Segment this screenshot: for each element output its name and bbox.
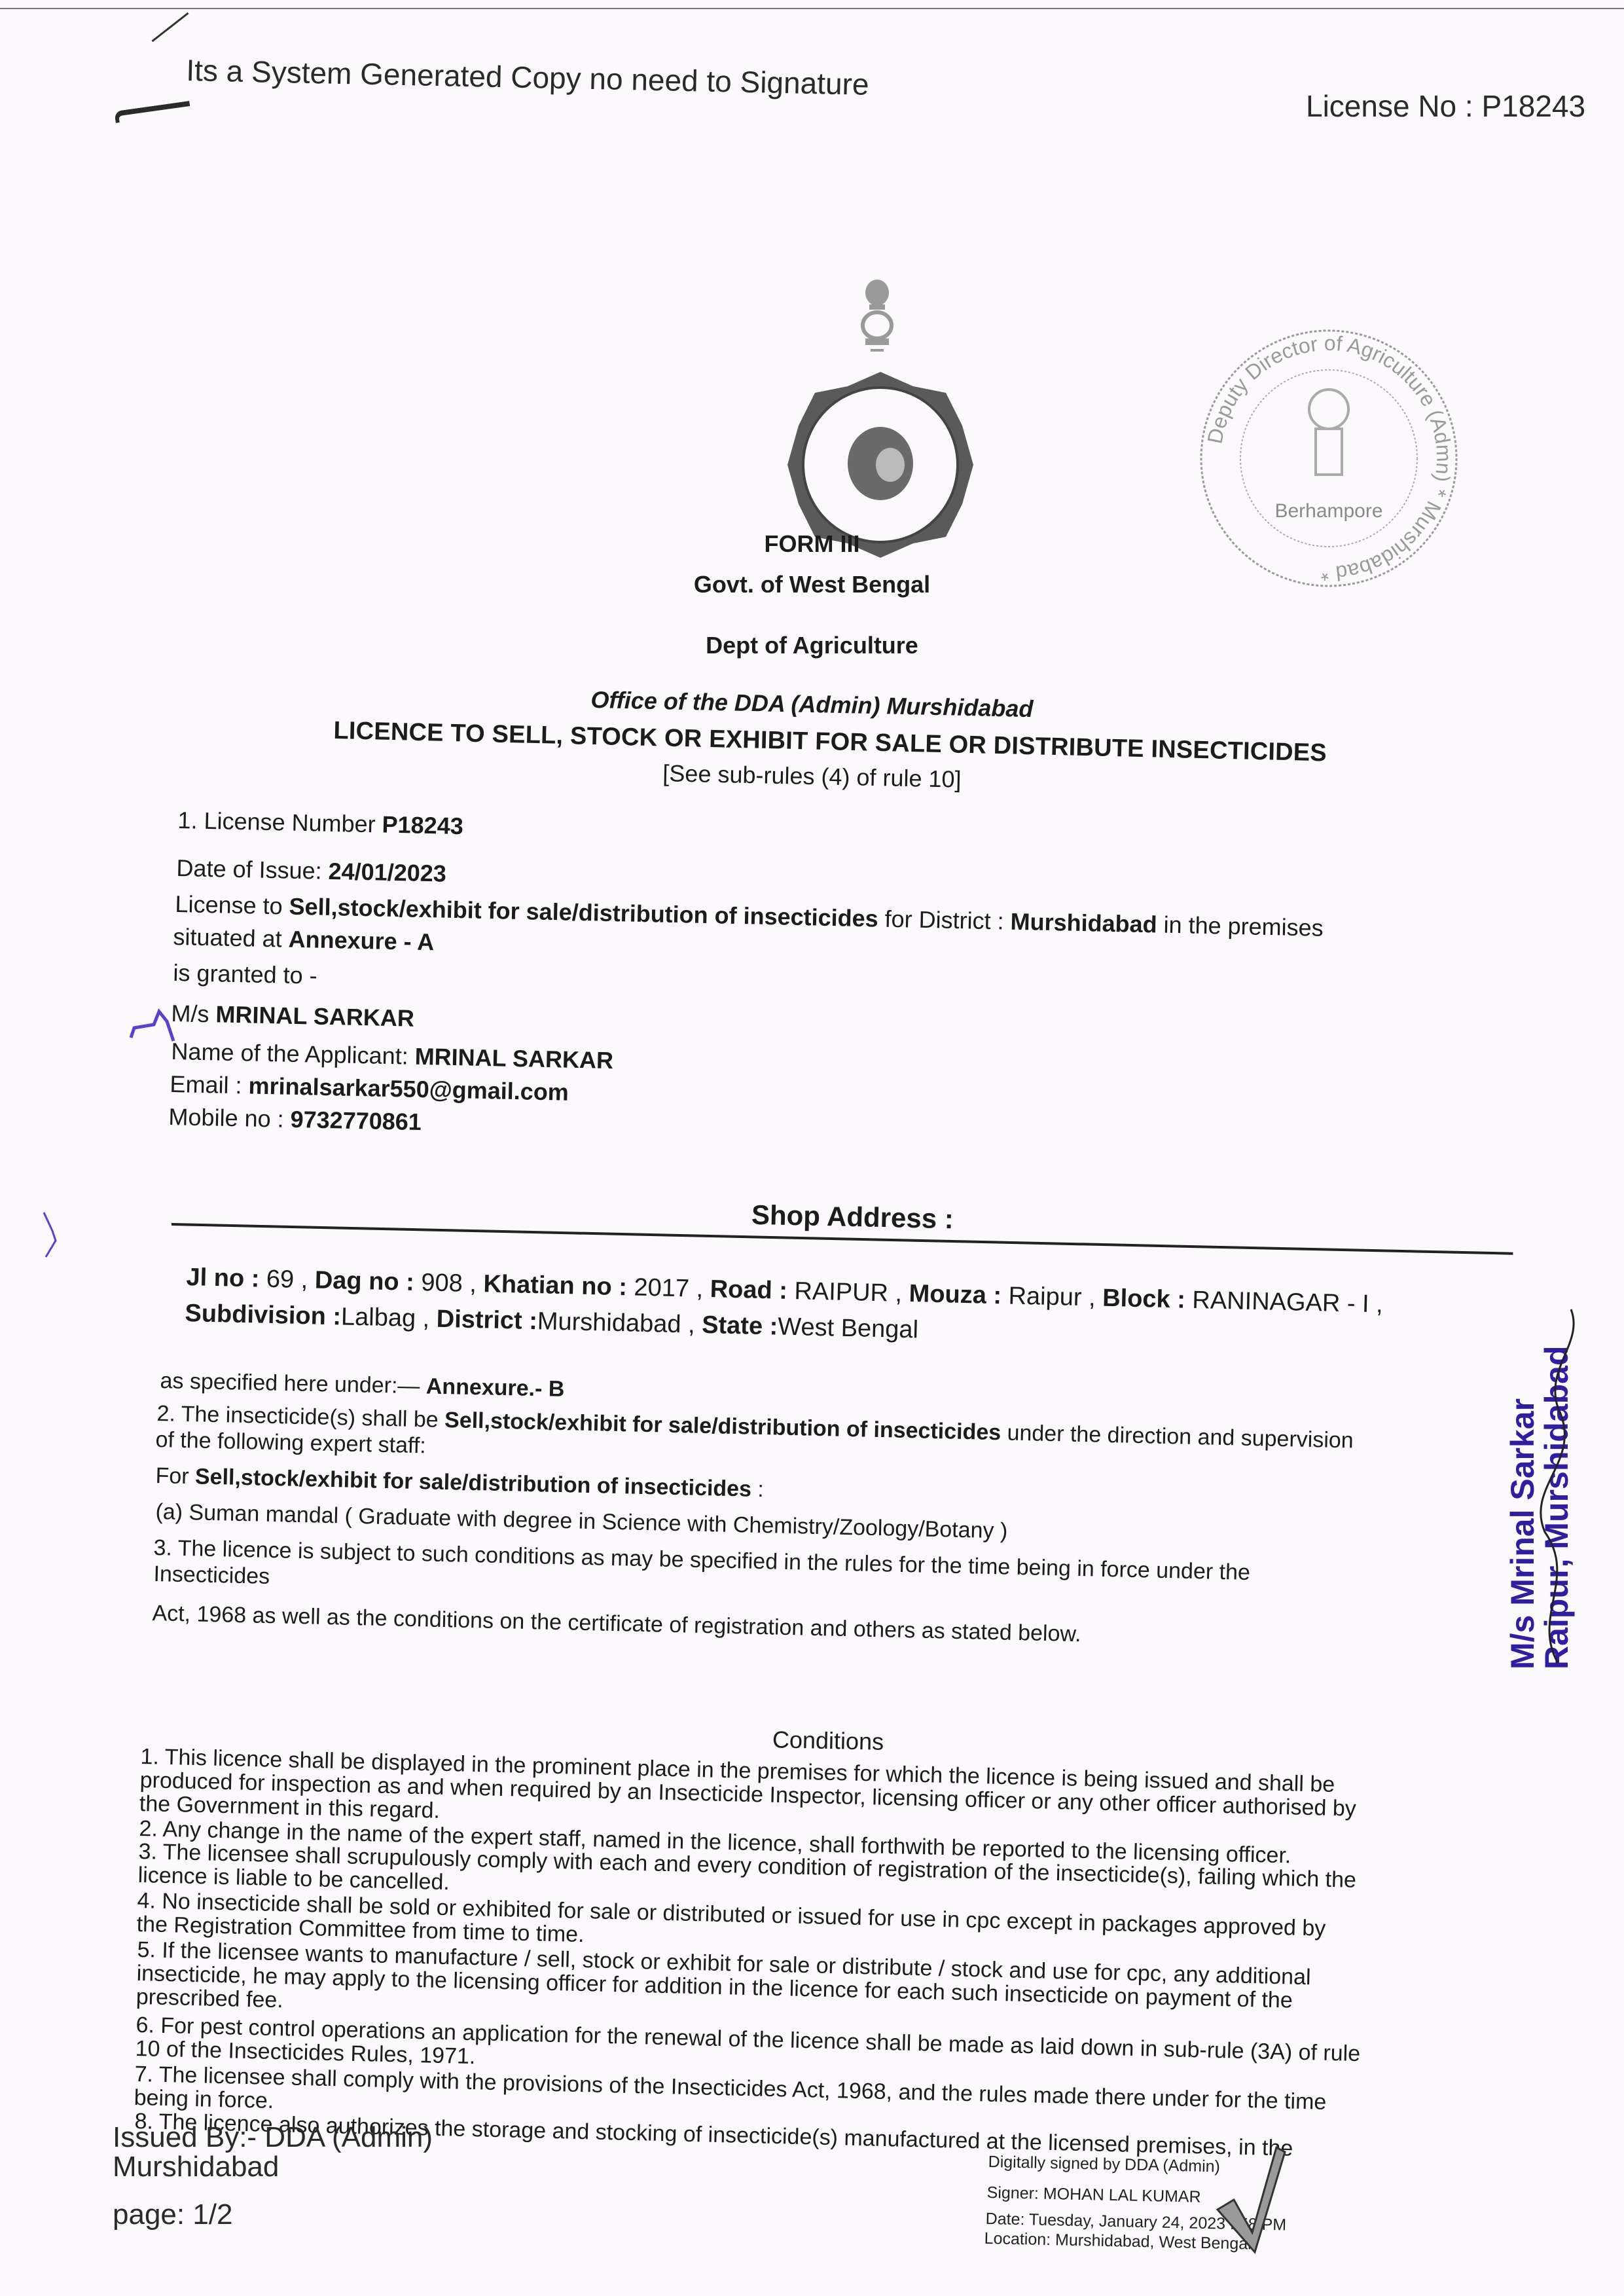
mobile-value: 9732770861 bbox=[290, 1106, 422, 1135]
annexure-b-line: as specified here under:— Annexure.- B bbox=[160, 1368, 565, 1402]
stamp-center-text: Berhampore bbox=[1274, 500, 1382, 522]
paragraph-3-cont: Insecticides bbox=[153, 1561, 270, 1590]
shop-address-line-2: Subdivision :Lalbag , District :Murshida… bbox=[185, 1300, 918, 1345]
issue-date-line: Date of Issue: 24/01/2023 bbox=[176, 854, 446, 887]
applicant-name: MRINAL SARKAR bbox=[414, 1043, 613, 1074]
form-number: FORM III bbox=[0, 530, 1624, 558]
expert-staff-item: (a) Suman mandal ( Graduate with degree … bbox=[155, 1499, 1008, 1544]
handwritten-signature bbox=[1519, 1303, 1591, 1669]
digital-signature-line: Digitally signed by DDA (Admin) bbox=[988, 2153, 1220, 2176]
conditions-heading: Conditions bbox=[772, 1726, 884, 1756]
mobile-line: Mobile no : 9732770861 bbox=[168, 1103, 422, 1135]
issued-by: Issued By:- DDA (Admin) bbox=[113, 2121, 433, 2154]
ink-tick-mark bbox=[128, 1008, 187, 1048]
email-value: mrinalsarkar550@gmail.com bbox=[248, 1072, 569, 1106]
digital-signature-signer: Signer: MOHAN LAL KUMAR bbox=[986, 2183, 1200, 2207]
paragraph-3-end: Act, 1968 as well as the conditions on t… bbox=[152, 1601, 1081, 1647]
issued-place: Murshidabad bbox=[113, 2151, 279, 2183]
state-emblem-icon bbox=[851, 278, 903, 363]
license-number-header: License No : P18243 bbox=[1306, 88, 1585, 124]
expert-staff-heading: For Sell,stock/exhibit for sale/distribu… bbox=[155, 1463, 764, 1503]
office-name: Office of the DDA (Admin) Murshidabad bbox=[0, 674, 1624, 735]
validity-check-icon bbox=[1214, 2144, 1286, 2255]
page-number: page: 1/2 bbox=[113, 2198, 233, 2231]
department-name: Dept of Agriculture bbox=[0, 632, 1624, 659]
ink-margin-mark bbox=[43, 1211, 62, 1264]
applicant-rubber-stamp: M/s Mrinal Sarkar Raipur, Murshidabad bbox=[1506, 1303, 1584, 1669]
pen-stroke-mark bbox=[114, 101, 190, 123]
issue-date-value: 24/01/2023 bbox=[328, 858, 446, 887]
pen-stroke-mark bbox=[151, 12, 189, 42]
license-number-line: 1. License Number P18243 bbox=[177, 807, 463, 840]
paragraph-3: 3. The licence is subject to such condit… bbox=[153, 1535, 1250, 1586]
govt-name: Govt. of West Bengal bbox=[0, 571, 1624, 598]
license-number-value: P18243 bbox=[382, 811, 463, 840]
firm-name-line: M/s MRINAL SARKAR bbox=[171, 1000, 414, 1032]
scan-edge-line bbox=[0, 8, 1624, 9]
paragraph-2-cont: of the following expert staff: bbox=[155, 1427, 426, 1459]
granted-to-label: is granted to - bbox=[173, 959, 317, 989]
applicant-line: Name of the Applicant: MRINAL SARKAR bbox=[171, 1038, 613, 1074]
shop-address-heading: Shop Address : bbox=[751, 1199, 954, 1235]
system-generated-note: Its a System Generated Copy no need to S… bbox=[186, 52, 869, 102]
email-line: Email : mrinalsarkar550@gmail.com bbox=[170, 1070, 569, 1106]
firm-name: MRINAL SARKAR bbox=[215, 1000, 414, 1031]
situated-line: situated at Annexure - A bbox=[173, 923, 435, 956]
